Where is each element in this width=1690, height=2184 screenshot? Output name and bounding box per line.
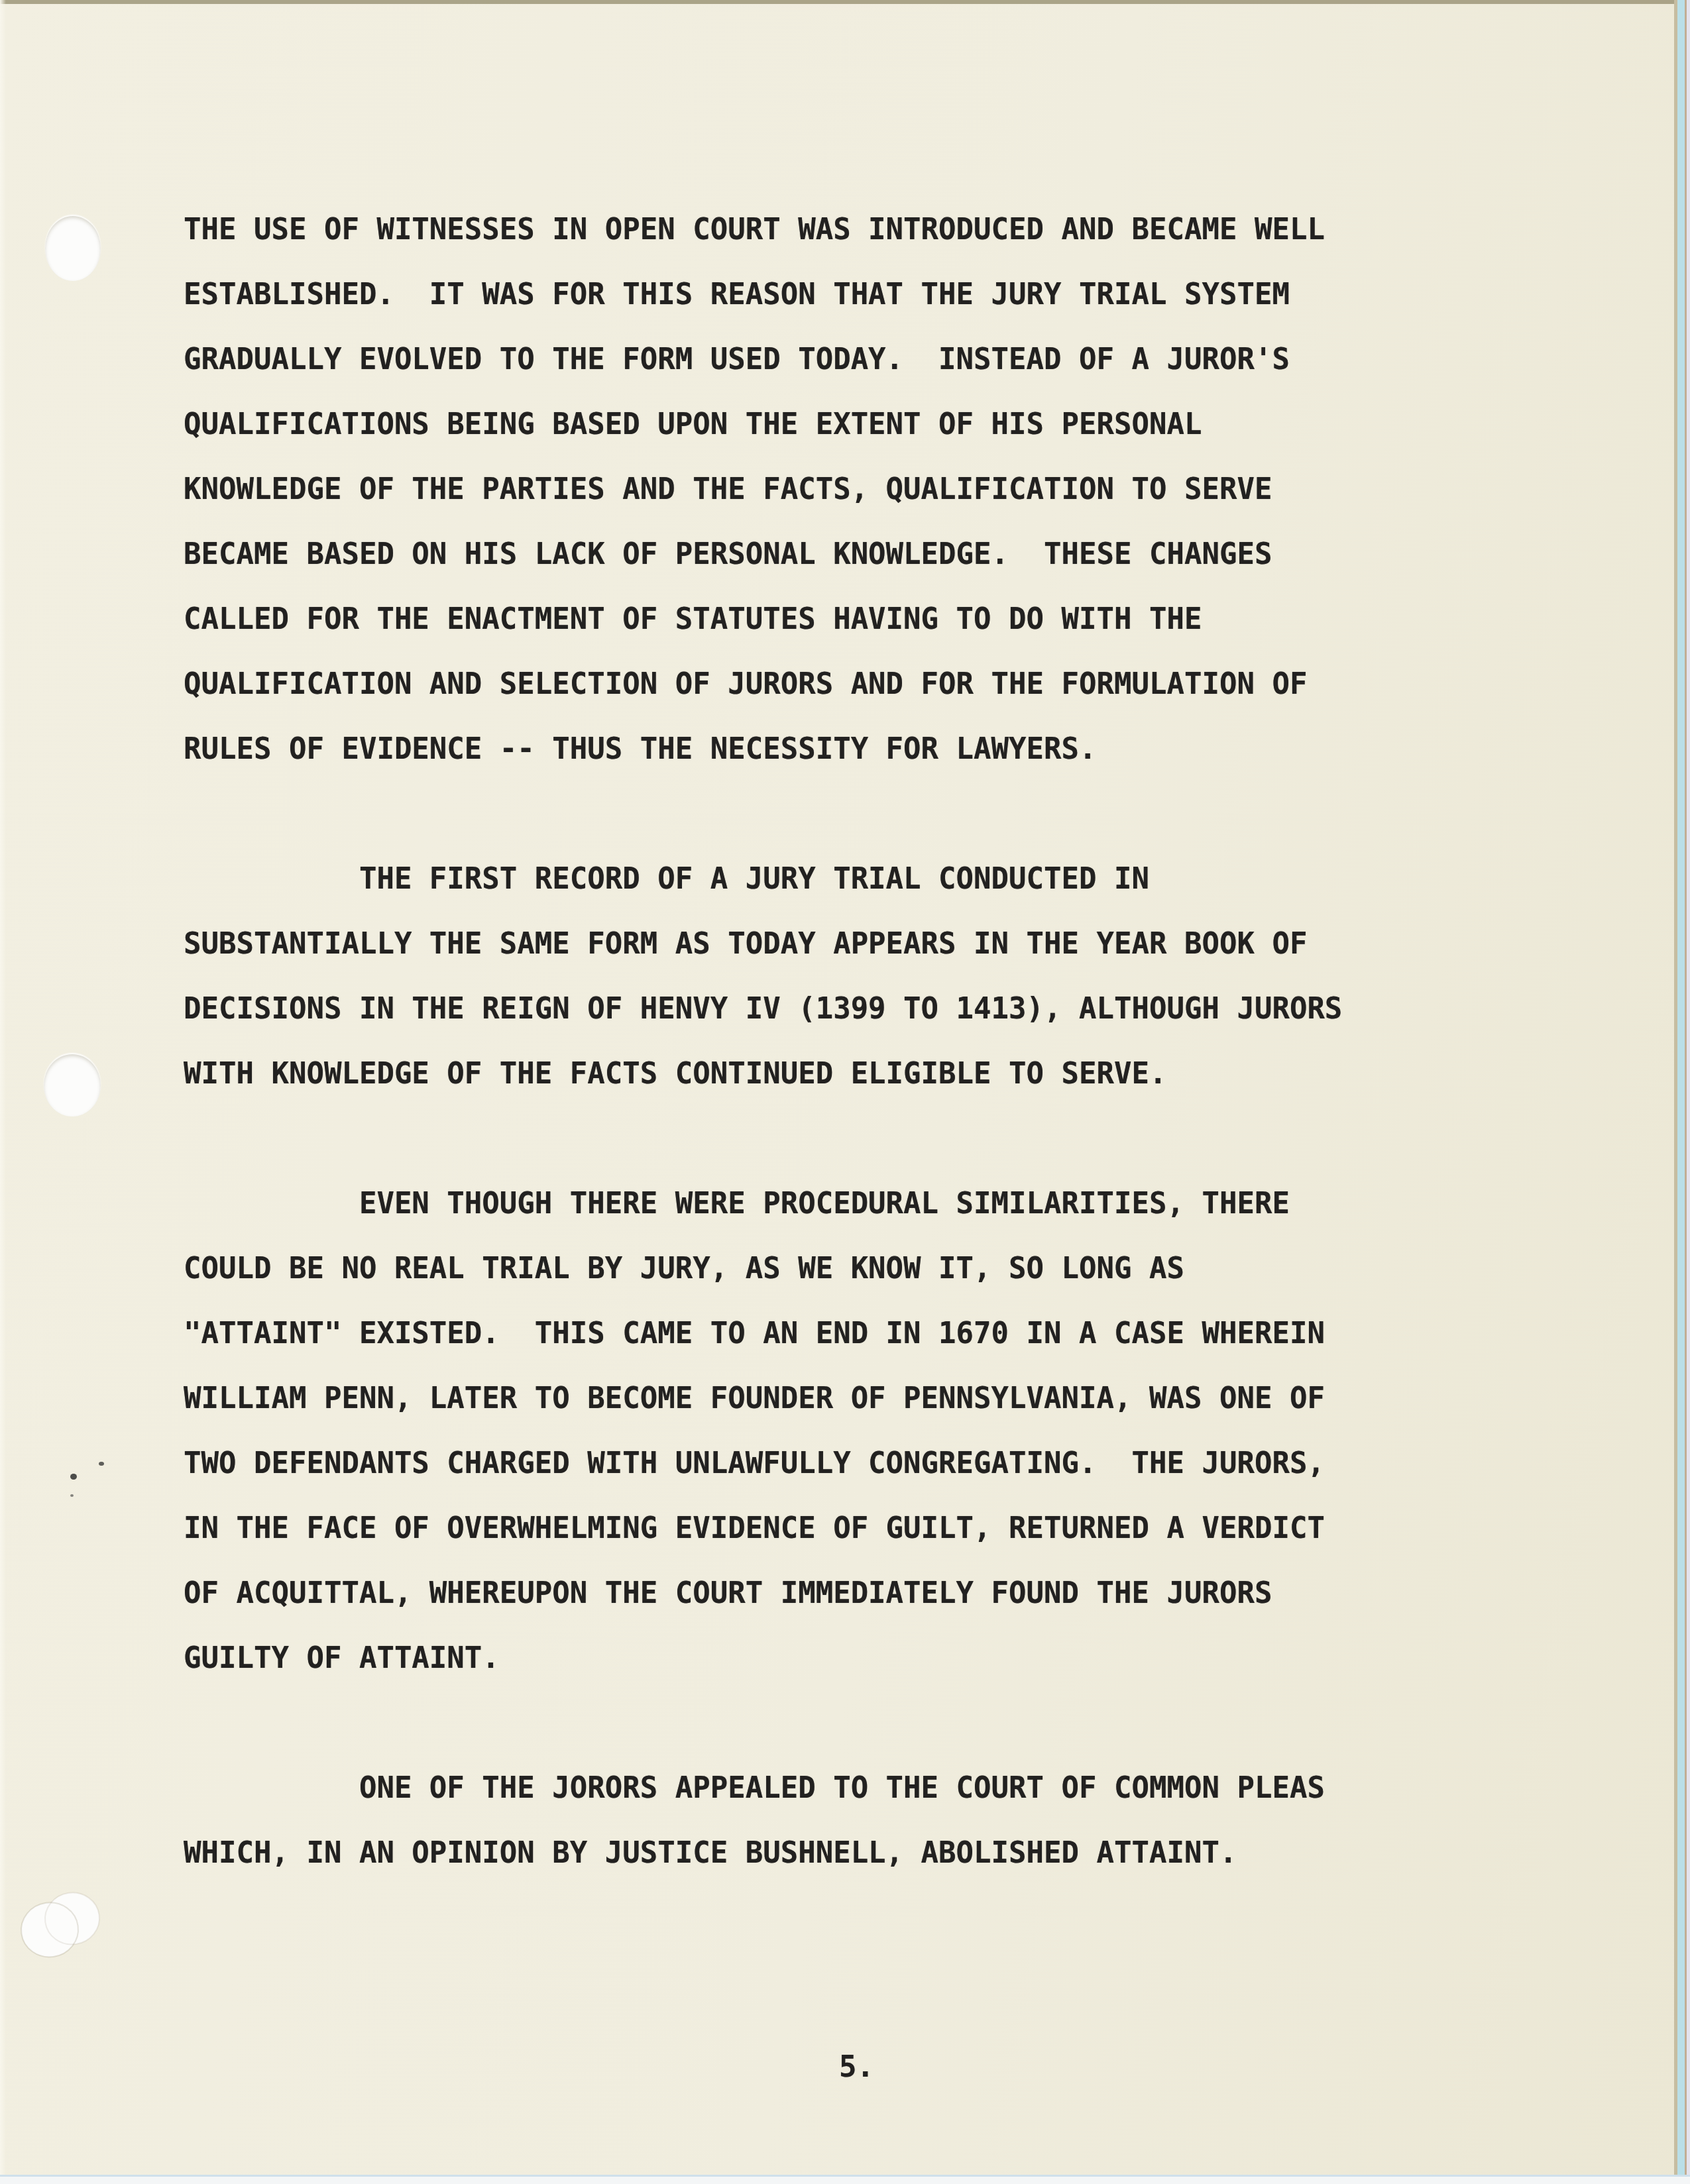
paragraph: ONE OF THE JORORS APPEALED TO THE COURT … — [184, 1756, 1575, 1886]
ink-speck — [70, 1474, 77, 1480]
document-page: THE USE OF WITNESSES IN OPEN COURT WAS I… — [0, 0, 1690, 2184]
ink-speck — [70, 1494, 74, 1497]
text-line: THE USE OF WITNESSES IN OPEN COURT WAS I… — [184, 197, 1575, 262]
paragraph: THE USE OF WITNESSES IN OPEN COURT WAS I… — [184, 197, 1575, 782]
text-line: QUALIFICATIONS BEING BASED UPON THE EXTE… — [184, 392, 1575, 457]
ink-speck — [99, 1462, 104, 1466]
text-line: KNOWLEDGE OF THE PARTIES AND THE FACTS, … — [184, 457, 1575, 522]
text-line: EVEN THOUGH THERE WERE PROCEDURAL SIMILA… — [184, 1172, 1575, 1236]
scan-edge-left — [0, 0, 6, 2184]
typed-text-body: THE USE OF WITNESSES IN OPEN COURT WAS I… — [184, 197, 1575, 1886]
text-line: DECISIONS IN THE REIGN OF HENVY IV (1399… — [184, 977, 1575, 1042]
paragraph: THE FIRST RECORD OF A JURY TRIAL CONDUCT… — [184, 847, 1575, 1107]
text-line: ONE OF THE JORORS APPEALED TO THE COURT … — [184, 1756, 1575, 1821]
text-line: BECAME BASED ON HIS LACK OF PERSONAL KNO… — [184, 522, 1575, 587]
punch-hole-top — [45, 216, 101, 281]
text-line: WILLIAM PENN, LATER TO BECOME FOUNDER OF… — [184, 1366, 1575, 1431]
text-line: WITH KNOWLEDGE OF THE FACTS CONTINUED EL… — [184, 1042, 1575, 1107]
text-line: SUBSTANTIALLY THE SAME FORM AS TODAY APP… — [184, 912, 1575, 977]
text-line: "ATTAINT" EXISTED. THIS CAME TO AN END I… — [184, 1301, 1575, 1366]
text-line: GRADUALLY EVOLVED TO THE FORM USED TODAY… — [184, 327, 1575, 392]
text-line: ESTABLISHED. IT WAS FOR THIS REASON THAT… — [184, 262, 1575, 327]
text-line: GUILTY OF ATTAINT. — [184, 1626, 1575, 1691]
text-line: OF ACQUITTAL, WHEREUPON THE COURT IMMEDI… — [184, 1561, 1575, 1626]
scan-edge-top — [0, 0, 1690, 4]
text-line: CALLED FOR THE ENACTMENT OF STATUTES HAV… — [184, 587, 1575, 652]
scan-edge-bottom — [0, 2175, 1690, 2184]
scan-edge-right-cyan — [1677, 0, 1685, 2184]
punch-hole-middle — [44, 1054, 101, 1117]
punch-hole-bottom-double — [19, 1886, 102, 1963]
text-line: WHICH, IN AN OPINION BY JUSTICE BUSHNELL… — [184, 1821, 1575, 1886]
text-line: QUALIFICATION AND SELECTION OF JURORS AN… — [184, 652, 1575, 717]
paragraph: EVEN THOUGH THERE WERE PROCEDURAL SIMILA… — [184, 1172, 1575, 1691]
text-line: COULD BE NO REAL TRIAL BY JURY, AS WE KN… — [184, 1236, 1575, 1301]
text-line: TWO DEFENDANTS CHARGED WITH UNLAWFULLY C… — [184, 1431, 1575, 1496]
text-line: RULES OF EVIDENCE -- THUS THE NECESSITY … — [184, 717, 1575, 782]
text-line: THE FIRST RECORD OF A JURY TRIAL CONDUCT… — [184, 847, 1575, 912]
scan-edge-right-outer — [1687, 0, 1690, 2184]
text-line: IN THE FACE OF OVERWHELMING EVIDENCE OF … — [184, 1496, 1575, 1561]
page-number: 5. — [839, 2035, 874, 2100]
